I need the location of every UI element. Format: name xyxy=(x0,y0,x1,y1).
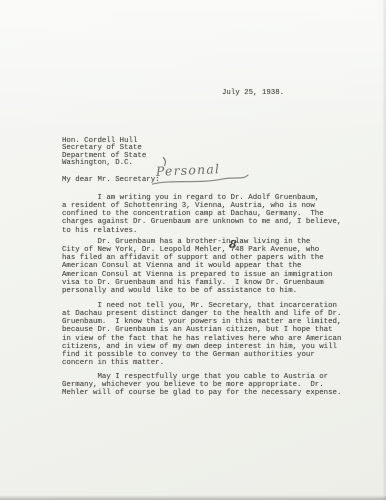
paper-edge-shadow-right xyxy=(382,0,386,500)
body-paragraph-1: I am writing you in regard to Dr. Adolf … xyxy=(62,194,354,235)
salutation: My dear Mr. Secretary: xyxy=(62,176,160,184)
date-line: July 25, 1938. xyxy=(222,89,284,97)
recipient-address-block: Hon. Cordell Hull Secretary of State Dep… xyxy=(62,138,146,168)
body-paragraph-4: May I respectfully urge that you cable t… xyxy=(62,373,358,397)
paper-edge-shadow-bottom xyxy=(0,495,386,500)
body-paragraph-2: Dr. Gruenbaum has a brother-in-law livin… xyxy=(62,238,354,295)
letter-page: July 25, 1938. Hon. Cordell Hull Secreta… xyxy=(0,0,386,500)
handwritten-address-correction: 8 xyxy=(228,238,237,252)
personal-annotation: Personal xyxy=(147,156,252,191)
body-paragraph-3: I need not tell you, Mr. Secretary, that… xyxy=(62,302,358,367)
paper-sheen xyxy=(0,0,386,140)
